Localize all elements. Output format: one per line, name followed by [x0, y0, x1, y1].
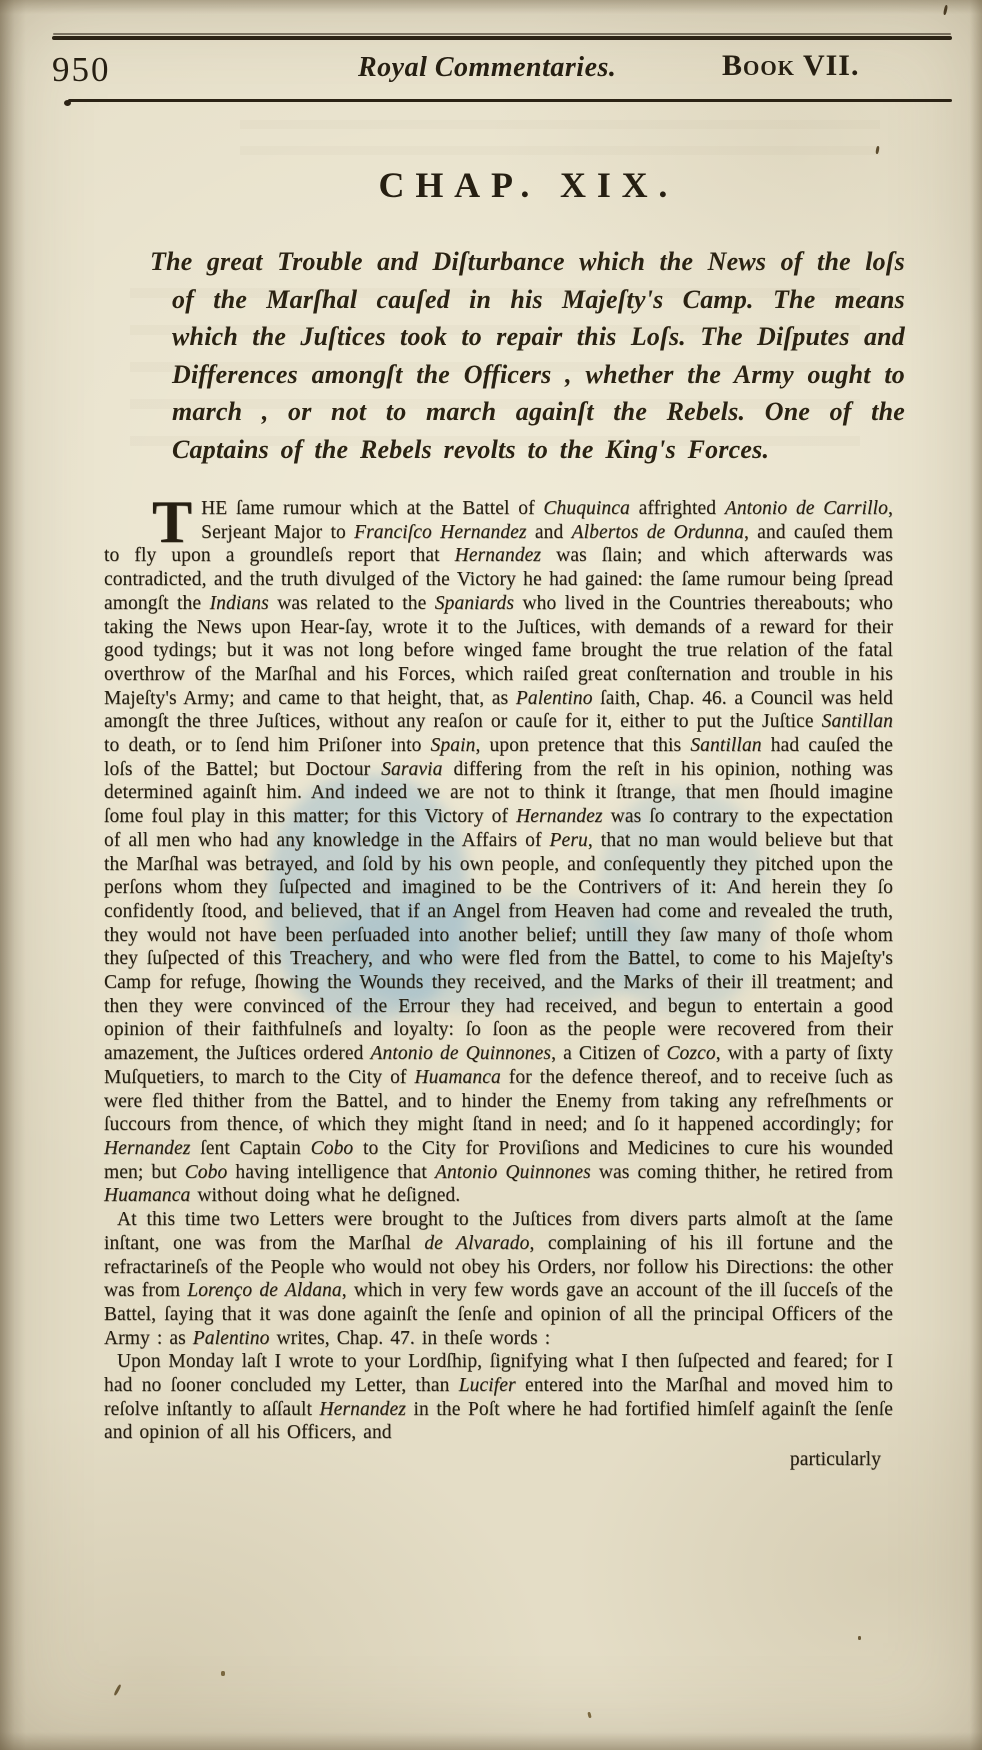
text-run: was coming thither, he retired from [591, 1162, 893, 1183]
proper-name: Hernandez [455, 545, 541, 566]
page-edge-shadow-left [0, 0, 26, 1750]
paragraph: THE ſame rumour which at the Battel of C… [104, 497, 893, 1208]
text-run: ſent Captain [190, 1138, 310, 1159]
proper-name: Albertos de Ordunna [572, 522, 744, 543]
proper-name: Santillan [822, 711, 893, 732]
text-run: , that no man would believe but that the… [104, 830, 893, 1064]
proper-name: Cobo [311, 1138, 354, 1159]
proper-name: Huamanca [414, 1067, 500, 1088]
proper-name: Hernandez [320, 1399, 406, 1420]
proper-name: Lorenço de Aldana [187, 1280, 341, 1301]
page-number: 950 [52, 50, 111, 90]
chapter-heading: CHAP. XIX. [32, 164, 982, 206]
paragraph: Upon Monday laſt I wrote to your Lordſhi… [104, 1350, 893, 1445]
header-bottom-rule [68, 99, 952, 102]
text-run: writes, Chap. 47. in theſe words : [270, 1328, 551, 1349]
proper-name: Antonio de Quinnones [371, 1043, 552, 1064]
proper-name: Saravia [381, 759, 442, 780]
text-run: to death, or to ſend him Priſoner into [104, 735, 431, 756]
text-run: without doing what he deſigned. [190, 1185, 460, 1206]
chapter-argument: The great Trouble and Diſturbance which … [172, 243, 905, 468]
book-page: 950 Royal Commentaries. Book VII. CHAP. … [0, 0, 982, 1750]
proper-name: Spaniards [435, 593, 514, 614]
proper-name: Lucifer [459, 1375, 516, 1396]
proper-name: Indians [210, 593, 269, 614]
running-title: Royal Commentaries. [358, 52, 616, 84]
text-run: and [527, 522, 572, 543]
proper-name: Palentino [193, 1328, 270, 1349]
proper-name: de Alvarado [424, 1233, 529, 1254]
proper-name: Spain [431, 735, 476, 756]
ink-speck [221, 1671, 225, 1676]
drop-cap: T [152, 500, 192, 544]
body-text: THE ſame rumour which at the Battel of C… [104, 497, 893, 1472]
text-run: affrighted [630, 498, 725, 519]
page-edge-shadow-top [0, 0, 982, 14]
page-edge-shadow-bottom [0, 1732, 982, 1750]
proper-name: Cozco [666, 1043, 715, 1064]
header-top-rule [52, 36, 952, 40]
book-label: Book VII. [722, 49, 860, 83]
proper-name: Hernandez [516, 806, 602, 827]
text-run: was related to the [269, 593, 435, 614]
catchword: particularly [104, 1448, 893, 1472]
paragraph: At this time two Letters were brought to… [104, 1208, 893, 1350]
page-edge-shadow-right [970, 0, 982, 1750]
proper-name: Hernandez [104, 1138, 190, 1159]
proper-name: Chuquinca [543, 498, 629, 519]
proper-name: Antonio Quinnones [435, 1162, 591, 1183]
text-run: , upon pretence that this [475, 735, 690, 756]
ink-speck [587, 1712, 591, 1719]
text-run: , a Citizen of [551, 1043, 666, 1064]
proper-name: Antonio de Carrillo [725, 498, 888, 519]
ink-speck [875, 146, 879, 154]
ink-speck [858, 1636, 861, 1640]
proper-name: Huamanca [104, 1185, 190, 1206]
text-run: HE ſame rumour which at the Battel of [201, 498, 543, 519]
proper-name: Peru [550, 830, 588, 851]
proper-name: Santillan [690, 735, 761, 756]
proper-name: Cobo [185, 1162, 228, 1183]
text-run: having intelligence that [227, 1162, 435, 1183]
ink-speck [113, 1684, 121, 1696]
ink-blot [64, 100, 71, 106]
bleedthrough-texture [240, 120, 880, 170]
proper-name: Franciſco Hernandez [354, 522, 527, 543]
proper-name: Palentino [516, 688, 593, 709]
